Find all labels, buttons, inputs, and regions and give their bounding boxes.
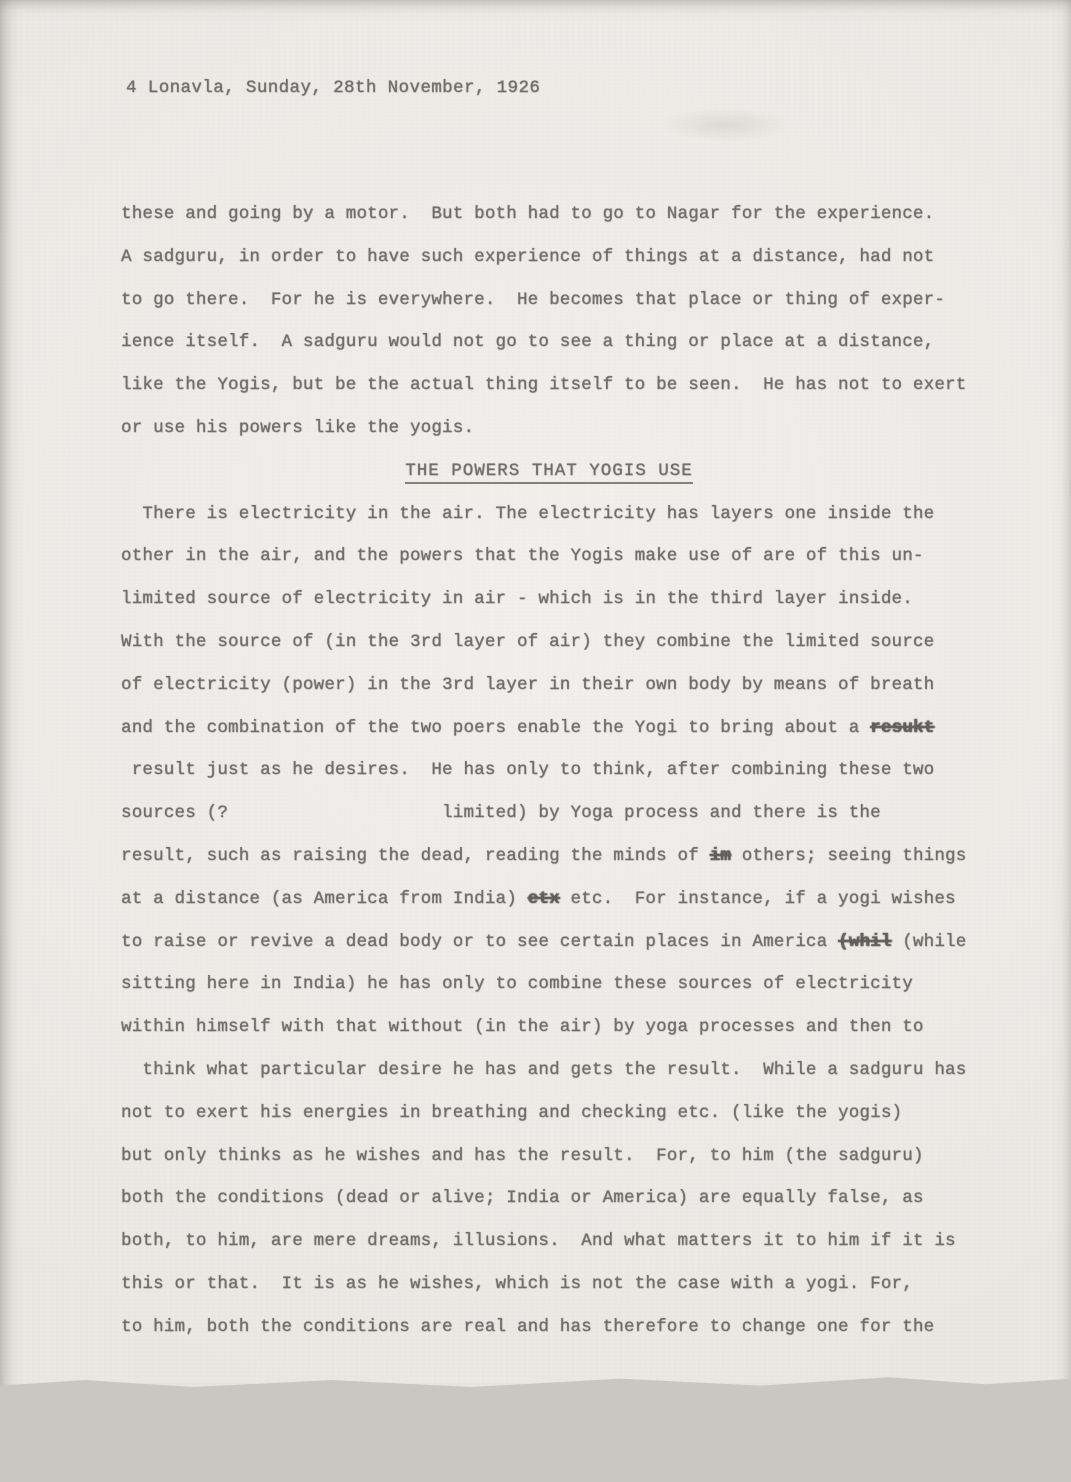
text-line: these and going by a motor. But both had… bbox=[121, 193, 977, 236]
text-block: these and going by a motor. But both had… bbox=[121, 193, 977, 1349]
text-line: There is electricity in the air. The ele… bbox=[121, 493, 977, 536]
text-line: result just as he desires. He has only t… bbox=[121, 749, 977, 792]
text-line: this or that. It is as he wishes, which … bbox=[121, 1263, 977, 1306]
text-line: both, to him, are mere dreams, illusions… bbox=[121, 1220, 977, 1263]
text-line: or use his powers like the yogis. bbox=[121, 407, 977, 450]
text-line: limited source of electricity in air - w… bbox=[121, 578, 977, 621]
text-line: sources (? limited) by Yoga process and … bbox=[121, 792, 977, 835]
struck-word: (whil bbox=[838, 932, 892, 952]
text-line: not to exert his energies in breathing a… bbox=[121, 1092, 977, 1135]
text-line: within himself with that without (in the… bbox=[121, 1006, 977, 1049]
paper-smudge bbox=[660, 108, 790, 142]
struck-word: im bbox=[710, 846, 731, 866]
text-line: of electricity (power) in the 3rd layer … bbox=[121, 664, 977, 707]
struck-word: etx bbox=[528, 889, 560, 909]
text-line: and the combination of the two poers ena… bbox=[121, 707, 977, 750]
text-line: both the conditions (dead or alive; Indi… bbox=[121, 1177, 977, 1220]
under-sheet-surface bbox=[0, 1382, 1071, 1482]
section-heading-text: THE POWERS THAT YOGIS USE bbox=[405, 461, 693, 484]
text-line: ience itself. A sadguru would not go to … bbox=[121, 321, 977, 364]
text-line: but only thinks as he wishes and has the… bbox=[121, 1135, 977, 1178]
text-line: to him, both the conditions are real and… bbox=[121, 1306, 977, 1349]
text-line: A sadguru, in order to have such experie… bbox=[121, 236, 977, 279]
dateline: 4 Lonavla, Sunday, 28th November, 1926 bbox=[126, 78, 540, 98]
text-line: think what particular desire he has and … bbox=[121, 1049, 977, 1092]
text-line: other in the air, and the powers that th… bbox=[121, 535, 977, 578]
text-line: to go there. For he is everywhere. He be… bbox=[121, 279, 977, 322]
typed-paper-sheet: 4 Lonavla, Sunday, 28th November, 1926 t… bbox=[0, 0, 1071, 1394]
text-line: to raise or revive a dead body or to see… bbox=[121, 921, 977, 964]
text-line: result, such as raising the dead, readin… bbox=[121, 835, 977, 878]
text-line: With the source of (in the 3rd layer of … bbox=[121, 621, 977, 664]
section-heading: THE POWERS THAT YOGIS USE bbox=[121, 450, 977, 493]
text-line: at a distance (as America from India) et… bbox=[121, 878, 977, 921]
struck-word: resukt bbox=[870, 718, 934, 738]
text-line: sitting here in India) he has only to co… bbox=[121, 963, 977, 1006]
scanned-document-page: 4 Lonavla, Sunday, 28th November, 1926 t… bbox=[0, 0, 1071, 1482]
text-line: like the Yogis, but be the actual thing … bbox=[121, 364, 977, 407]
